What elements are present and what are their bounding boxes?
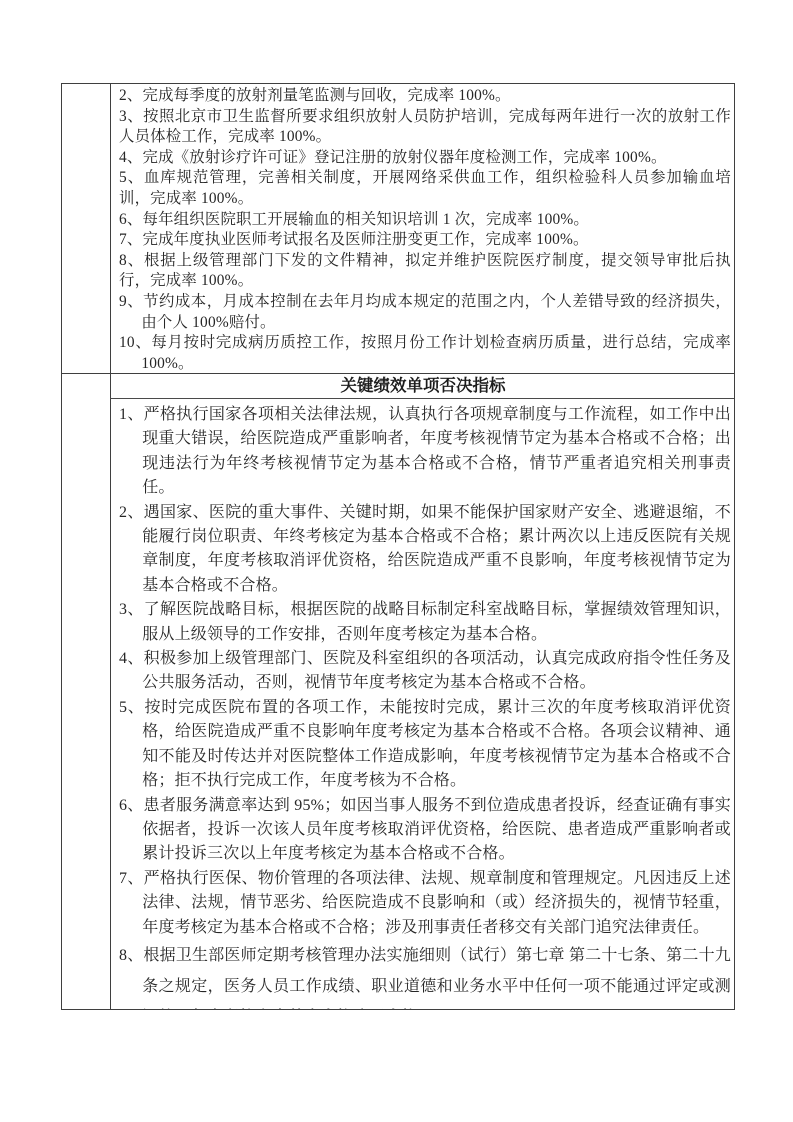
completion-indicators-cell: 2、完成每季度的放射剂量笔监测与回收，完成率 100%。 3、按照北京市卫生监督… bbox=[110, 84, 736, 373]
veto-item-5: 5、按时完成医院布置的各项工作，未能按时完成，累计三次的年度考核取消评优资格，给… bbox=[119, 696, 731, 794]
veto-indicators-cell: 1、严格执行国家各项相关法律法规，认真执行各项规章制度与工作流程，如工作中出现重… bbox=[110, 399, 736, 1009]
veto-item-2: 2、遇国家、医院的重大事件、关键时期，如果不能保护国家财产安全、逃避退缩，不能履… bbox=[119, 501, 731, 599]
veto-section-title: 关键绩效单项否决指标 bbox=[110, 374, 736, 398]
completion-item-3: 3、按照北京市卫生监督所要求组织放射人员防护培训，完成每两年进行一次的放射工作人… bbox=[119, 107, 731, 148]
completion-item-10: 10、每月按时完成病历质控工作，按照月份工作计划检查病历质量，进行总结，完成率 … bbox=[119, 333, 731, 373]
completion-item-9: 9、节约成本，月成本控制在去年月均成本规定的范围之内，个人差错导致的经济损失，由… bbox=[119, 292, 731, 333]
completion-item-4: 4、完成《放射诊疗许可证》登记注册的放射仪器年度检测工作，完成率 100%。 bbox=[119, 148, 731, 169]
veto-item-1: 1、严格执行国家各项相关法律法规，认真执行各项规章制度与工作流程，如工作中出现重… bbox=[119, 403, 731, 501]
veto-item-7: 7、严格执行医保、物价管理的各项法律、法规、规章制度和管理规定。凡因违反上述法律… bbox=[119, 867, 731, 940]
veto-item-4: 4、积极参加上级管理部门、医院及科室组织的各项活动，认真完成政府指令性任务及公共… bbox=[119, 647, 731, 696]
completion-item-7: 7、完成年度执业医师考试报名及医师注册变更工作，完成率 100%。 bbox=[119, 230, 731, 251]
appraisal-table: 2、完成每季度的放射剂量笔监测与回收，完成率 100%。 3、按照北京市卫生监督… bbox=[61, 83, 735, 1010]
document-page: 2、完成每季度的放射剂量笔监测与回收，完成率 100%。 3、按照北京市卫生监督… bbox=[0, 0, 793, 1122]
veto-item-6: 6、患者服务满意率达到 95%；如因当事人服务不到位造成患者投诉，经查证确有事实… bbox=[119, 794, 731, 867]
veto-item-8: 8、根据卫生部医师定期考核管理办法实施细则（试行）第七章 第二十七条、第二十九条… bbox=[119, 940, 731, 1009]
veto-item-3: 3、了解医院战略目标，根据医院的战略目标制定科室战略目标，掌握绩效管理知识，服从… bbox=[119, 598, 731, 647]
completion-item-5: 5、血库规范管理，完善相关制度，开展网络采供血工作，组织检验科人员参加输血培训，… bbox=[119, 168, 731, 209]
completion-item-6: 6、每年组织医院职工开展输血的相关知识培训 1 次，完成率 100%。 bbox=[119, 210, 731, 231]
completion-item-2: 2、完成每季度的放射剂量笔监测与回收，完成率 100%。 bbox=[119, 86, 731, 107]
completion-item-8: 8、根据上级管理部门下发的文件精神，拟定并维护医院医疗制度，提交领导审批后执行，… bbox=[119, 251, 731, 292]
